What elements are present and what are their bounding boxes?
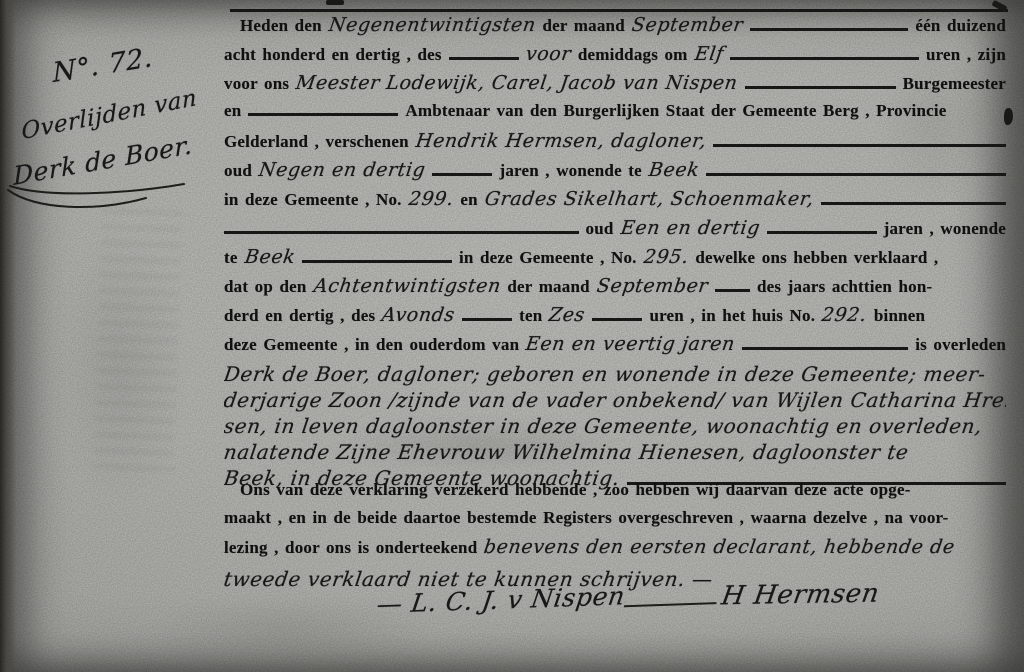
- blank-rule: [449, 54, 519, 60]
- blank-rule: [742, 344, 908, 350]
- printed-text: te: [224, 248, 238, 268]
- printed-text: en: [460, 190, 477, 210]
- printed-text: Burgemeester: [903, 74, 1006, 94]
- blank-rule: [730, 54, 919, 60]
- handwritten-text: Derk de Boer, dagloner; geboren en wonen…: [224, 362, 987, 386]
- handwritten-text: Achtentwintigsten: [312, 275, 502, 297]
- body-line: oudEen en dertigjaren , wonende: [224, 217, 1006, 246]
- handwritten-text: voor: [524, 43, 572, 65]
- body-line: acht honderd en dertig , desvoordemiddag…: [224, 43, 1006, 72]
- body-line: Heden denNegenentwintigstender maandSept…: [224, 14, 1006, 43]
- handwritten-text: Een en dertig: [619, 217, 761, 239]
- printed-text: één duizend: [915, 16, 1006, 36]
- handwritten-text: Negenentwintigsten: [327, 14, 537, 36]
- printed-text: acht honderd en dertig , des: [224, 45, 442, 65]
- blank-rule: [750, 25, 908, 31]
- body-lines: Heden denNegenentwintigstender maandSept…: [224, 14, 1006, 601]
- body-line: maakt , en in de beide daartoe bestemde …: [224, 508, 1006, 536]
- printed-text: oud: [586, 219, 614, 239]
- signature-flourish: [623, 600, 716, 607]
- handwritten-text: benevens den eersten declarant, hebbende…: [483, 536, 957, 558]
- printed-text: derd en dertig , des: [224, 306, 375, 326]
- blank-rule: [224, 228, 579, 234]
- underline-flourish: [6, 176, 221, 216]
- printed-text: Ambtenaar van den Burgerlijken Staat der…: [405, 101, 946, 121]
- blank-rule: [767, 228, 877, 234]
- printed-text: maakt , en in de beide daartoe bestemde …: [224, 508, 949, 528]
- printed-text: in deze Gemeente , No.: [459, 248, 637, 268]
- printed-text: uren , zijn: [926, 45, 1006, 65]
- signature-dash: —: [375, 589, 405, 619]
- body-line: sen, in leven dagloonster in deze Gemeen…: [224, 414, 1006, 440]
- margin-annotation: N°. 72. Overlijden van Derk de Boer.: [6, 36, 221, 236]
- body-line: nalatende Zijne Ehevrouw Wilhelmina Hien…: [224, 440, 1006, 466]
- printed-text: der maand: [542, 16, 624, 36]
- blank-rule: [713, 141, 1006, 147]
- handwritten-text: 295.: [642, 246, 690, 268]
- body-line: voor onsMeester Lodewijk, Carel, Jacob v…: [224, 72, 1006, 101]
- printed-text: voor ons: [224, 74, 289, 94]
- handwritten-text: Een en veertig jaren: [525, 333, 737, 355]
- body-line: derjarige Zoon /zijnde van de vader onbe…: [224, 388, 1006, 414]
- blank-rule: [432, 170, 492, 176]
- handwritten-text: Avonds: [381, 304, 457, 326]
- printed-text: des jaars achttien hon-: [757, 277, 932, 297]
- body-line: teBeekin deze Gemeente , No.295.dewelke …: [224, 246, 1006, 275]
- signature-official-text: L. C. J. v Nispen: [409, 581, 627, 617]
- act-number: N°. 72.: [52, 42, 154, 89]
- separator-rule: [230, 9, 1008, 12]
- blank-rule: [715, 286, 750, 292]
- handwritten-text: Beek: [647, 159, 700, 181]
- scan-speck: [326, 0, 344, 5]
- body-line: dat op denAchtentwintigstender maandSept…: [224, 275, 1006, 304]
- signature-declarant: H Hermsen: [719, 579, 881, 612]
- handwritten-text: Elf: [693, 43, 725, 65]
- printed-text: deze Gemeente , in den ouderdom van: [224, 335, 519, 355]
- handwritten-text: September: [630, 14, 744, 36]
- printed-text: Gelderland , verschenen: [224, 132, 409, 152]
- handwritten-text: Beek, in deze Gemeente woonachtig.: [224, 466, 622, 490]
- body-line: in deze Gemeente , No.299.enGrades Sikel…: [224, 188, 1006, 217]
- handwritten-text: nalatende Zijne Ehevrouw Wilhelmina Hien…: [224, 440, 910, 464]
- printed-text: jaren , wonende: [884, 219, 1006, 239]
- document-scan: N°. 72. Overlijden van Derk de Boer. Hed…: [0, 0, 1024, 672]
- blank-rule: [745, 83, 896, 89]
- body-line: oudNegen en dertigjaren , wonende teBeek: [224, 159, 1006, 188]
- handwritten-text: derjarige Zoon /zijnde van de vader onbe…: [224, 388, 1006, 412]
- handwritten-text: Grades Sikelhart, Schoenmaker,: [483, 188, 815, 210]
- printed-text: dat op den: [224, 277, 307, 297]
- handwritten-text: sen, in leven dagloonster in deze Gemeen…: [224, 414, 984, 438]
- blank-rule: [462, 315, 512, 321]
- printed-text: dewelke ons hebben verklaard ,: [695, 248, 938, 268]
- printed-text: is overleden: [915, 335, 1006, 355]
- page-edge-right: [998, 0, 1024, 672]
- body-line: Gelderland , verschenenHendrik Hermsen, …: [224, 130, 1006, 159]
- handwritten-text: Hendrik Hermsen, dagloner,: [414, 130, 708, 152]
- printed-text: en: [224, 101, 241, 121]
- blank-rule: [706, 170, 1006, 176]
- blank-rule: [592, 315, 642, 321]
- body-line: enAmbtenaar van den Burgerlijken Staat d…: [224, 101, 1006, 130]
- printed-text: Heden den: [240, 16, 322, 36]
- handwritten-text: Meester Lodewijk, Carel, Jacob van Nispe…: [295, 72, 740, 94]
- handwritten-text: Beek: [243, 246, 296, 268]
- printed-text: demiddags om: [578, 45, 688, 65]
- body-line: Derk de Boer, dagloner; geboren en wonen…: [224, 362, 1006, 388]
- blank-rule: [248, 110, 398, 116]
- printed-text: oud: [224, 161, 252, 181]
- body-line: derd en dertig , desAvondstenZesuren , i…: [224, 304, 1006, 333]
- printed-text: ten: [519, 306, 542, 326]
- printed-text: in deze Gemeente , No.: [224, 190, 402, 210]
- printed-text: jaren , wonende te: [499, 161, 641, 181]
- handwritten-text: 299.: [407, 188, 455, 210]
- blank-rule: [302, 257, 452, 263]
- printed-text: binnen: [874, 306, 925, 326]
- handwritten-text: September: [595, 275, 709, 297]
- handwritten-text: Negen en dertig: [257, 159, 427, 181]
- ink-bleedthrough: [93, 204, 182, 472]
- handwritten-text: 292.: [821, 304, 869, 326]
- printed-text: der maand: [507, 277, 589, 297]
- blank-rule: [821, 199, 1006, 205]
- body-line: deze Gemeente , in den ouderdom vanEen e…: [224, 333, 1006, 362]
- printed-text: lezing , door ons is onderteekend: [224, 538, 477, 558]
- printed-text: uren , in het huis No.: [649, 306, 815, 326]
- handwritten-text: Zes: [548, 304, 587, 326]
- body-line: lezing , door ons is onderteekendbeneven…: [224, 536, 1006, 564]
